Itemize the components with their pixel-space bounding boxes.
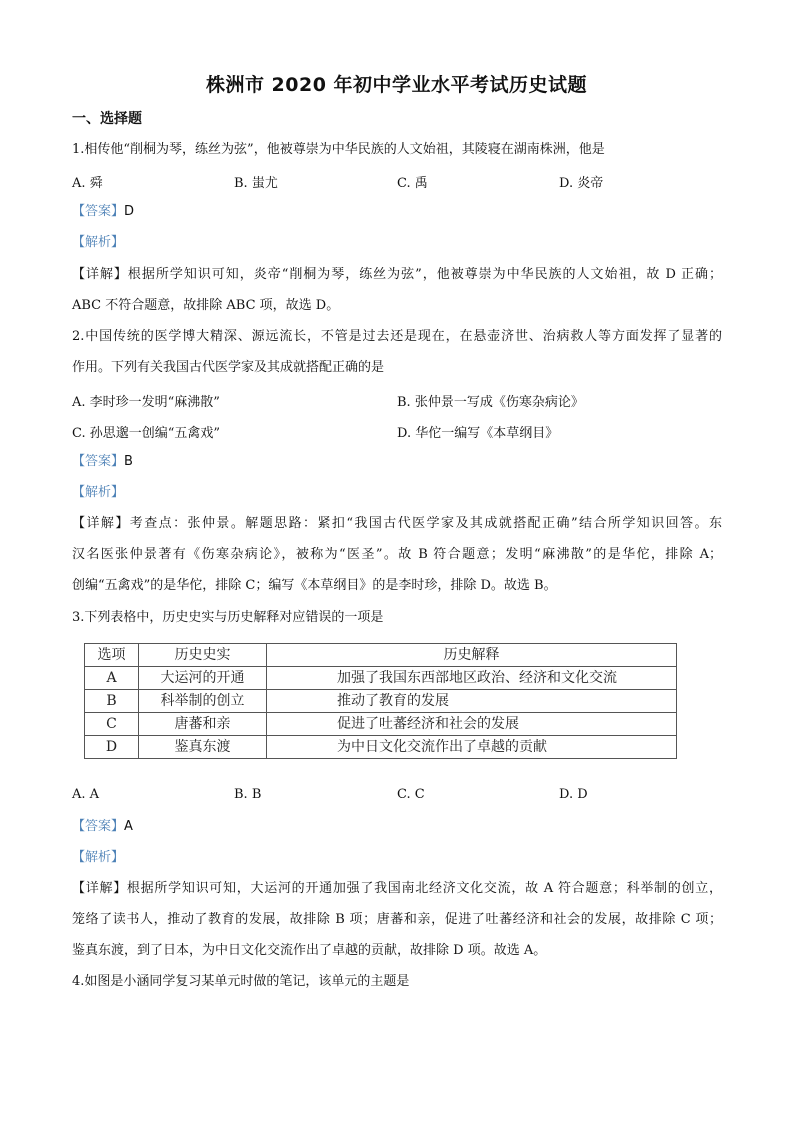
answer-value: B: [124, 454, 133, 469]
question-3-detail-line-3: 鉴真东渡，到了日本，为中日文化交流作出了卓越的贡献，故排除 D 项。故选 A。: [72, 942, 546, 960]
page-title: 株洲市 2020 年初中学业水平考试历史试题: [0, 70, 793, 97]
question-2-stem-line-2: 作用。下列有关我国古代医学家及其成就搭配正确的是: [72, 359, 384, 377]
history-table: 选项 历史史实 历史解释 A 大运河的开通 加强了我国东西部地区政治、经济和文化…: [84, 643, 677, 759]
table-cell: 大运河的开通: [139, 667, 267, 690]
question-2-option-b: B. 张仲景一写成《伤寒杂病论》: [397, 391, 584, 410]
table-cell: C: [85, 713, 139, 736]
question-3-answer: 【答案】A: [72, 818, 133, 836]
question-2-stem-line-1: 2.中国传统的医学博大精深、源远流长，不管是过去还是现在，在悬壶济世、治病救人等…: [72, 328, 722, 346]
question-1-option-c: C. 禹: [397, 172, 428, 191]
table-header-row: 选项 历史史实 历史解释: [85, 644, 677, 667]
table-cell: 科举制的创立: [139, 690, 267, 713]
question-1-option-a: A. 舜: [72, 172, 103, 191]
question-2-answer: 【答案】B: [72, 453, 133, 471]
question-1-option-d: D. 炎帝: [559, 172, 603, 191]
table-cell: 鉴真东渡: [139, 736, 267, 759]
question-3-detail-line-1: 【详解】根据所学知识可知，大运河的开通加强了我国南北经济文化交流，故 A 符合题…: [72, 880, 722, 898]
question-4-stem: 4.如图是小涵同学复习某单元时做的笔记，该单元的主题是: [72, 973, 409, 991]
table-row: C 唐蕃和亲 促进了吐蕃经济和社会的发展: [85, 713, 677, 736]
answer-label: 【答案】: [72, 454, 124, 469]
section-title: 一、选择题: [72, 108, 142, 128]
table-cell: B: [85, 690, 139, 713]
question-1-stem: 1.相传他“削桐为琴，练丝为弦”，他被尊崇为中华民族的人文始祖，其陵寝在湖南株洲…: [72, 141, 605, 159]
question-3-option-b: B. B: [234, 787, 261, 802]
table-row: B 科举制的创立 推动了教育的发展: [85, 690, 677, 713]
question-3-analysis-label: 【解析】: [72, 849, 124, 867]
table-cell: A: [85, 667, 139, 690]
table-cell: 加强了我国东西部地区政治、经济和文化交流: [267, 667, 677, 690]
question-3-detail-line-2: 笼络了读书人，推动了教育的发展，故排除 B 项；唐蕃和亲，促进了吐蕃经济和社会的…: [72, 911, 722, 929]
question-2-option-c: C. 孙思邈一创编“五禽戏”: [72, 422, 220, 441]
question-1-option-b: B. 蚩尤: [234, 172, 278, 191]
table-header-cell: 历史史实: [139, 644, 267, 667]
question-1-detail-line-1: 【详解】根据所学知识可知，炎帝“削桐为琴，练丝为弦”，他被尊崇为中华民族的人文始…: [72, 266, 722, 284]
answer-value: D: [124, 204, 134, 219]
question-2-detail-line-3: 创编“五禽戏”的是华佗，排除 C；编写《本草纲目》的是李时珍，排除 D。故选 B…: [72, 577, 557, 595]
table-cell: 为中日文化交流作出了卓越的贡献: [267, 736, 677, 759]
question-1-analysis-label: 【解析】: [72, 234, 124, 252]
question-2-detail-line-1: 【详解】考查点：张仲景。解题思路：紧扣“我国古代医学家及其成就搭配正确”结合所学…: [72, 515, 722, 533]
table-header-cell: 历史解释: [267, 644, 677, 667]
answer-label: 【答案】: [72, 819, 124, 834]
table-row: A 大运河的开通 加强了我国东西部地区政治、经济和文化交流: [85, 667, 677, 690]
question-2-analysis-label: 【解析】: [72, 484, 124, 502]
question-3-option-a: A. A: [72, 787, 99, 802]
question-1-answer: 【答案】D: [72, 203, 134, 221]
question-2-option-a: A. 李时珍一发明“麻沸散”: [72, 391, 220, 410]
detail-label: 【详解】: [72, 516, 130, 531]
question-2-detail-line-2: 汉名医张仲景著有《伤寒杂病论》，被称为“医圣”。故 B 符合题意；发明“麻沸散”…: [72, 546, 722, 564]
question-2-option-d: D. 华佗一编写《本草纲目》: [397, 422, 558, 441]
question-3-option-d: D. D: [559, 787, 588, 802]
table-cell: 促进了吐蕃经济和社会的发展: [267, 713, 677, 736]
question-3-stem: 3.下列表格中，历史史实与历史解释对应错误的一项是: [72, 609, 383, 627]
table-cell: 推动了教育的发展: [267, 690, 677, 713]
answer-value: A: [124, 819, 133, 834]
answer-label: 【答案】: [72, 204, 124, 219]
table-row: D 鉴真东渡 为中日文化交流作出了卓越的贡献: [85, 736, 677, 759]
question-1-detail-line-2: ABC 不符合题意，故排除 ABC 项，故选 D。: [72, 297, 339, 315]
question-3-option-c: C. C: [397, 787, 425, 802]
table-cell: D: [85, 736, 139, 759]
detail-label: 【详解】: [72, 881, 127, 896]
detail-label: 【详解】: [72, 267, 128, 282]
table-cell: 唐蕃和亲: [139, 713, 267, 736]
table-header-cell: 选项: [85, 644, 139, 667]
